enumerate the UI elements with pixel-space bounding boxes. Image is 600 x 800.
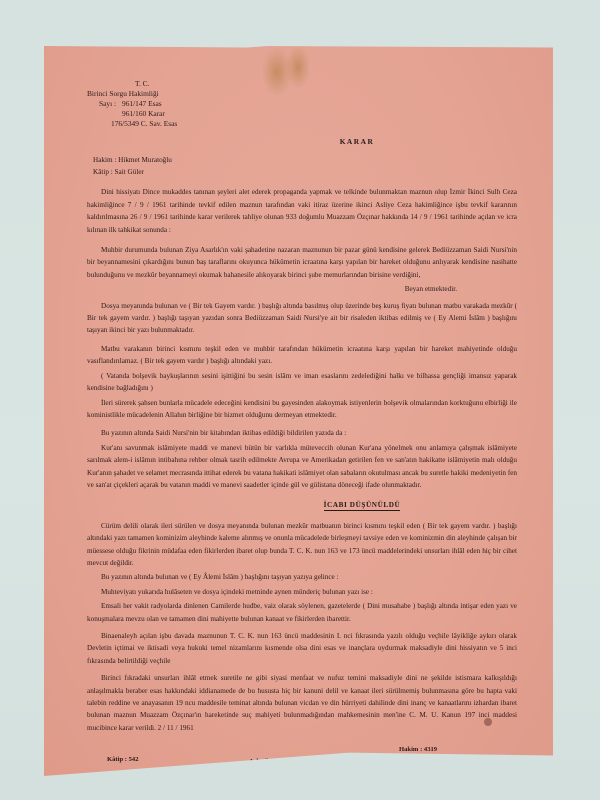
certified-copy-label: Aslı gibidir bbox=[249, 756, 281, 768]
section-heading-text: İCABI DÜŞÜNÜLDÜ bbox=[324, 501, 401, 511]
judge-name: Hakim : Hikmet Muratoğlu bbox=[93, 154, 517, 166]
paragraph: Dini hissiyatı Dince mukaddes tanınan şe… bbox=[87, 186, 517, 236]
paragraph: Cürüm delili olarak ileri sürülen ve dos… bbox=[87, 520, 517, 570]
paragraph: Bu yazının altında Saidi Nursi'nin bir k… bbox=[87, 427, 517, 439]
judge-info: Hakim : Hikmet Muratoğlu Kâtip : Sait Gü… bbox=[93, 154, 517, 178]
signature-block: Kâtip : 542 Aslı gibidir Hakim : 4319 İm… bbox=[87, 738, 517, 778]
clerk-signature: Kâtip : 542 bbox=[107, 754, 139, 766]
paragraph: Kur'anı savunmak islâmiyete maddi ve man… bbox=[87, 442, 517, 492]
paragraph: Emsali her vakit radyolarda dinlenen Cam… bbox=[87, 600, 517, 625]
paragraph: Birinci fıkradaki unsurları ihlâl etmek … bbox=[87, 672, 517, 734]
seal-label: İmza ve Mühür bbox=[391, 754, 435, 766]
paragraph: İleri sürerek şahsen bunlarla mücadele e… bbox=[87, 397, 517, 422]
section-heading: İCABI DÜŞÜNÜLDÜ bbox=[87, 499, 517, 511]
judge-signature: Hakim : 4319 bbox=[399, 744, 437, 756]
paragraph: Muhbir durumunda bulunan Ziya Asarlık'ın… bbox=[87, 244, 517, 281]
document-sheet: T. C. Birinci Sorgu Hakimliği Sayı : 961… bbox=[44, 46, 553, 776]
document-header: T. C. Birinci Sorgu Hakimliği Sayı : 961… bbox=[87, 78, 517, 136]
clerk-name: Kâtip : Sait Güler bbox=[93, 166, 517, 178]
paragraph: ( Vatanda bolşevik baykuşlarının sesini … bbox=[87, 370, 517, 395]
document-body: T. C. Birinci Sorgu Hakimliği Sayı : 961… bbox=[87, 78, 517, 778]
paragraph: Matbu varakanın birinci kısmını teşkil e… bbox=[87, 343, 517, 368]
document-title: KARAR bbox=[87, 136, 517, 148]
paragraph: Binaenaleyh açılan işbu davada maznunun … bbox=[87, 630, 517, 667]
savcilik-no: 176/5349 C. Sav. Esas bbox=[111, 118, 177, 130]
sayi-label: Sayı : bbox=[99, 98, 116, 110]
beyan-line: Beyan etmektedir. bbox=[87, 283, 457, 295]
paragraph: Bu yazının altında bulunan ve ( Ey Âlemi… bbox=[87, 571, 517, 583]
paragraph: Muhteviyatı yukarıda hulâseten ve dosya … bbox=[87, 586, 517, 598]
paragraph: Dosya meyanında bulunan ve ( Bir tek Gay… bbox=[87, 300, 517, 337]
